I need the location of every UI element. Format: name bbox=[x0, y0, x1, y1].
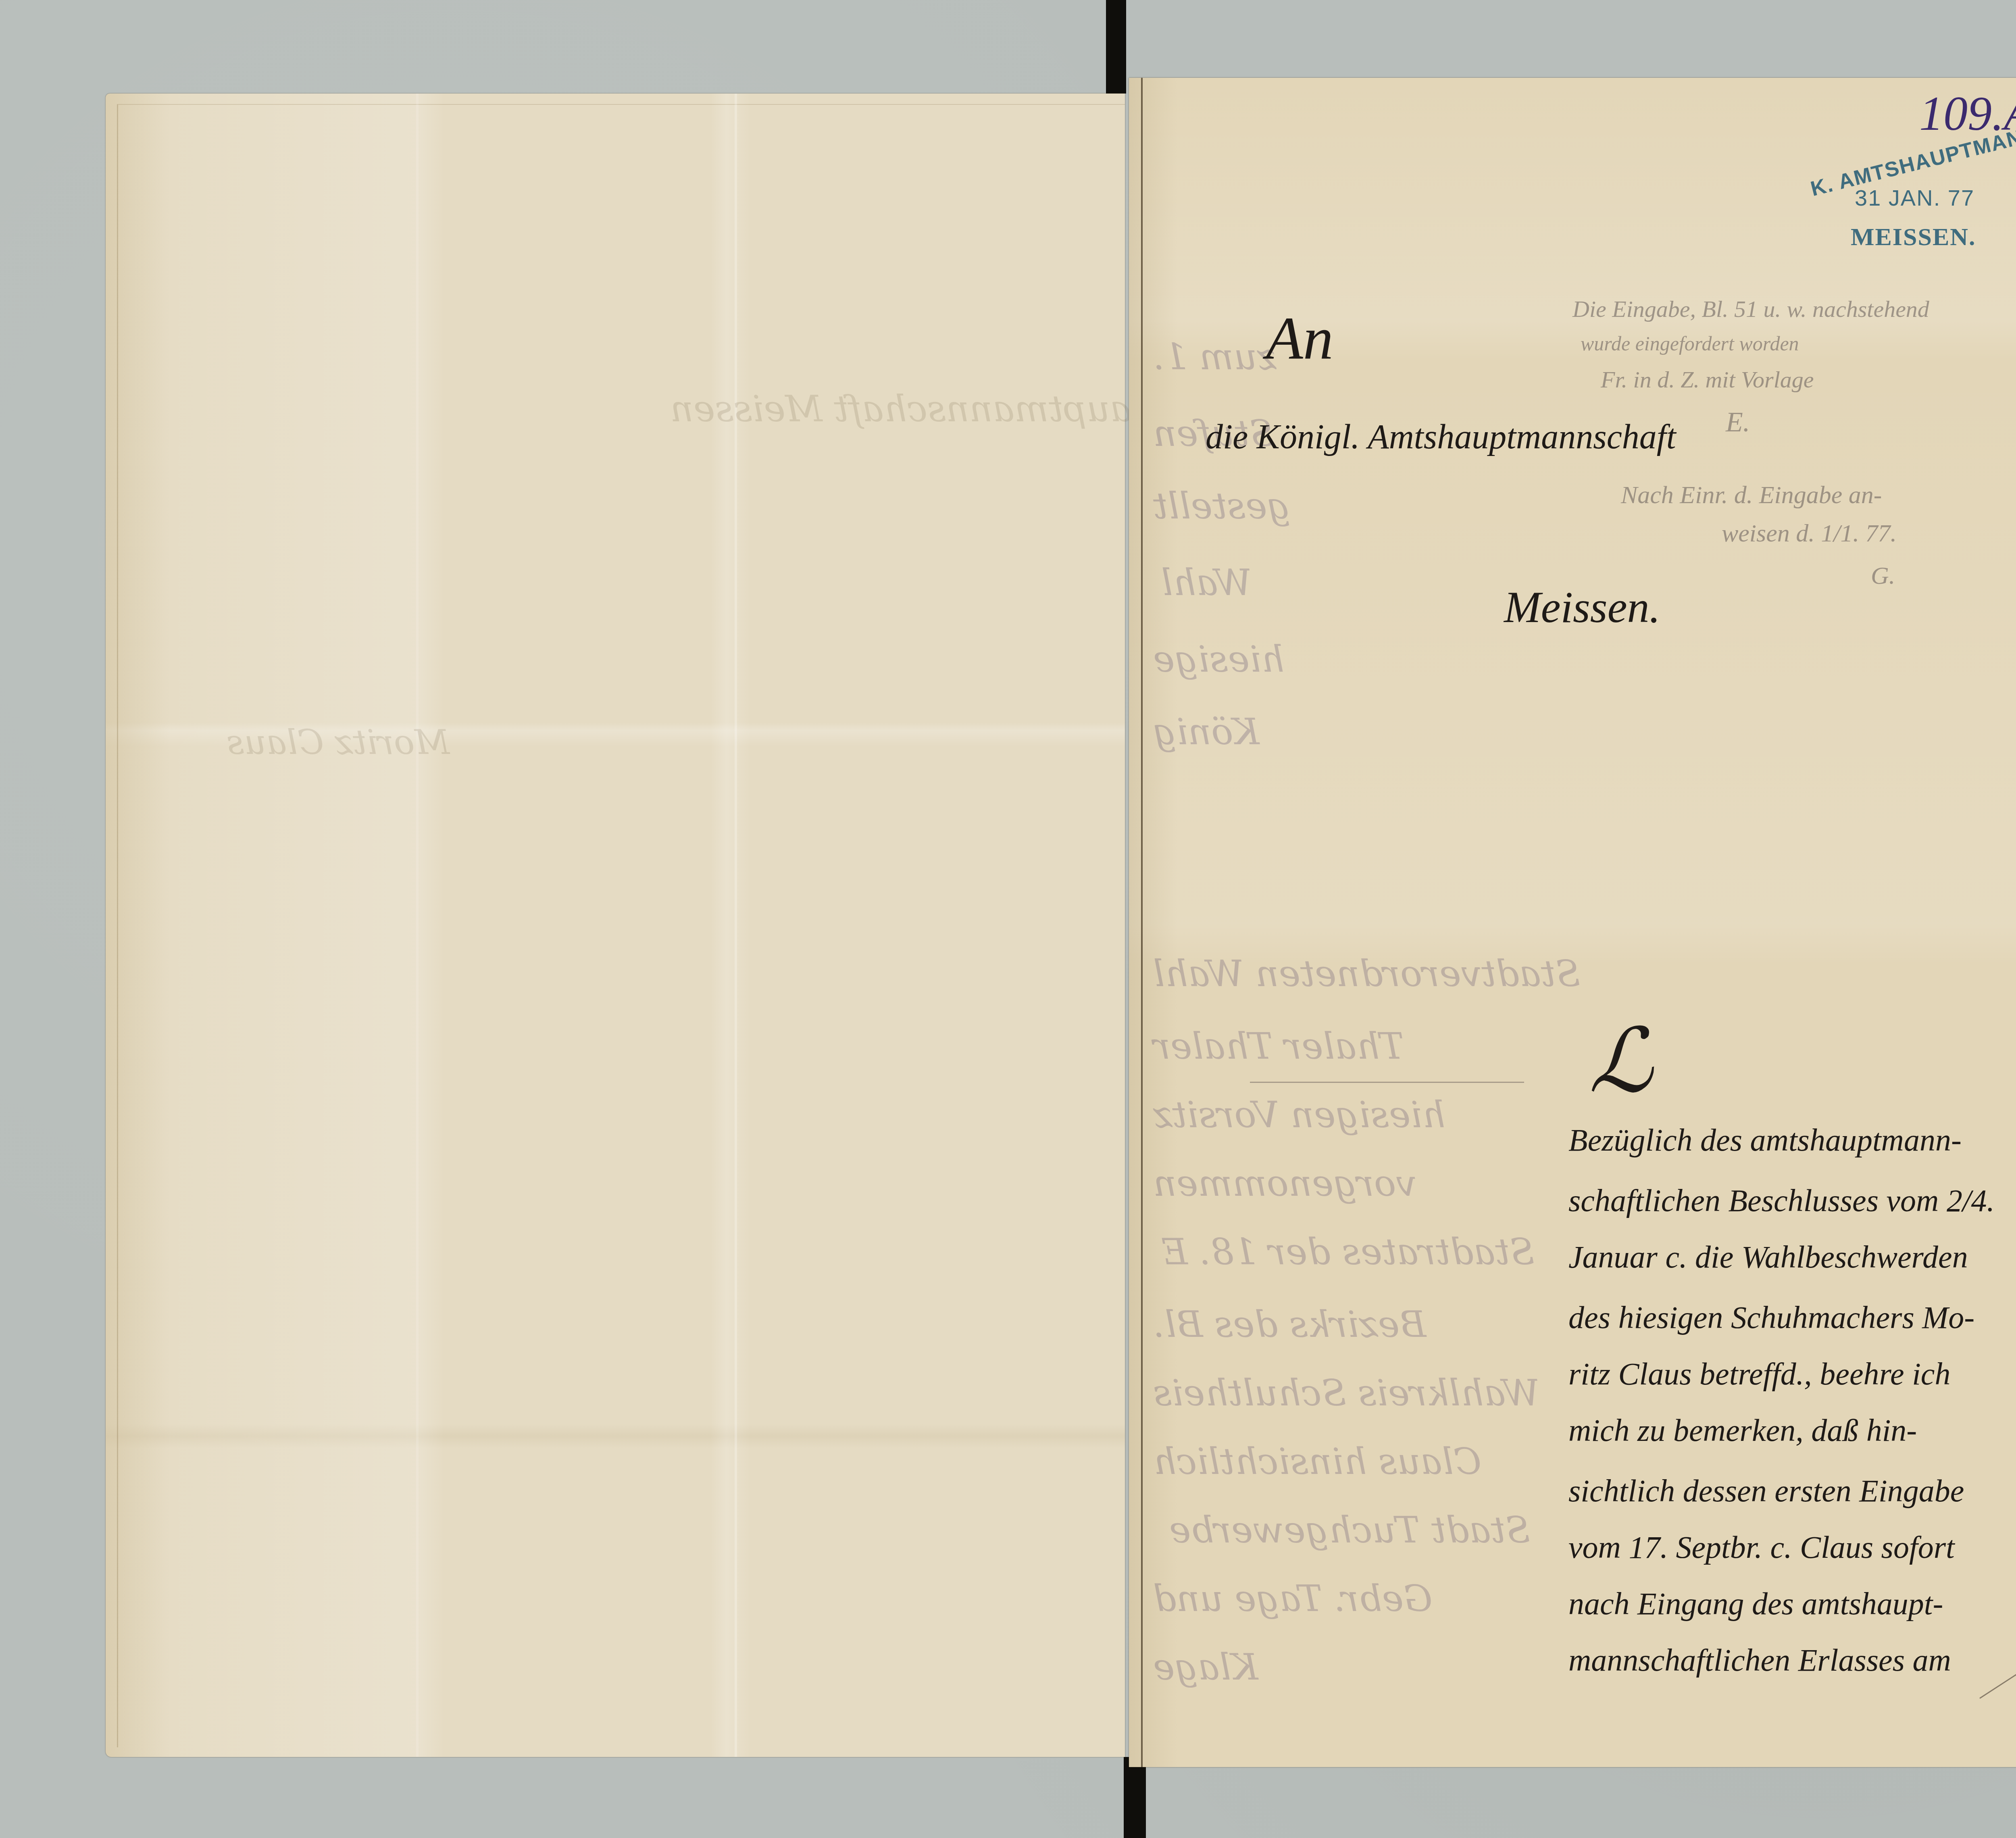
page-seam bbox=[1141, 78, 1143, 1767]
body-line: schaftlichen Beschlusses vom 2/4. bbox=[1568, 1182, 1995, 1219]
fold-crease-vertical bbox=[735, 94, 737, 1757]
ghost-text: hiesigen Vorsitz bbox=[1153, 1094, 1445, 1136]
body-line: sichtlich dessen ersten Eingabe bbox=[1568, 1473, 1964, 1509]
body-line: nach Eingang des amtshaupt- bbox=[1568, 1586, 1943, 1622]
ghost-text: zum 1. bbox=[1153, 336, 1276, 378]
right-page: zum 1. Stufen gestellt Wahl hiesige Köni… bbox=[1129, 78, 2016, 1767]
ghost-text: Wahl bbox=[1161, 562, 1252, 604]
ghost-underline bbox=[1250, 1082, 1524, 1083]
pencil-note-line: weisen d. 1/1. 77. bbox=[1722, 519, 1897, 548]
ghost-text: Thaler Thaler bbox=[1153, 1025, 1404, 1068]
salutation: An bbox=[1266, 304, 1333, 373]
ghost-text: Stadtrates der 18. E bbox=[1161, 1231, 1535, 1273]
body-line: ritz Claus betreffd., beehre ich bbox=[1568, 1356, 1950, 1392]
body-line: Bezüglich des amtshauptmann- bbox=[1568, 1122, 1962, 1158]
ghost-text: vorgenommen bbox=[1153, 1162, 1416, 1205]
ghost-text: hiesige bbox=[1153, 638, 1285, 681]
pencil-note-line: Fr. in d. Z. mit Vorlage bbox=[1601, 366, 1814, 393]
binding-strip-bottom bbox=[1124, 1757, 1146, 1838]
binding-strip-top bbox=[1106, 0, 1126, 94]
body-line: Januar c. die Wahlbeschwerden bbox=[1568, 1239, 1968, 1275]
receipt-stamp-city: MEISSEN. bbox=[1851, 223, 1976, 252]
ghost-text: Claus hinsichtlich bbox=[1153, 1440, 1481, 1483]
recipient-city: Meissen. bbox=[1504, 582, 1660, 633]
continuation-stroke bbox=[1979, 1623, 2016, 1699]
ghost-text: Stadt Tuchgewerbe bbox=[1169, 1509, 1530, 1551]
body-initial-flourish: ℒ bbox=[1589, 1017, 1652, 1106]
ghost-text: gestellt bbox=[1153, 485, 1290, 527]
fold-crease-vertical-2 bbox=[416, 94, 419, 1757]
pencil-note-line: Die Eingabe, Bl. 51 u. w. nachstehend bbox=[1572, 296, 1929, 323]
ghost-text: Stadtverordneten Wahl bbox=[1153, 953, 1581, 995]
body-line: des hiesigen Schuhmachers Mo- bbox=[1568, 1299, 1974, 1336]
body-line: vom 17. Septbr. c. Claus sofort bbox=[1568, 1529, 1955, 1565]
ghost-text: Moritz Claus bbox=[227, 722, 450, 762]
recipient-line: die Königl. Amtshauptmannschaft bbox=[1206, 416, 1676, 457]
ghost-text: Bezirks des Bl. bbox=[1153, 1303, 1426, 1346]
left-page: Amtshauptmannschaft Meissen Moritz Claus bbox=[106, 94, 1125, 1757]
ghost-text: Klage bbox=[1153, 1646, 1258, 1688]
page-inner-fold-border bbox=[117, 104, 1125, 1747]
pencil-note-line: Nach Einr. d. Eingabe an- bbox=[1621, 481, 1882, 510]
ghost-text: König bbox=[1153, 711, 1259, 753]
body-line: mannschaftlichen Erlasses am bbox=[1568, 1642, 1951, 1678]
ghost-text: Wahlkreis Schultheis bbox=[1153, 1372, 1540, 1414]
pencil-note-line: G. bbox=[1871, 562, 1895, 590]
pencil-note-line: wurde eingefordert worden bbox=[1581, 332, 1799, 355]
ghost-text: Gebr. Tage und bbox=[1153, 1578, 1433, 1620]
body-line: mich zu bemerken, daß hin- bbox=[1568, 1412, 1917, 1449]
pencil-note-line: E. bbox=[1726, 406, 1750, 439]
receipt-stamp-date: 31 JAN. 77 bbox=[1855, 185, 1974, 211]
